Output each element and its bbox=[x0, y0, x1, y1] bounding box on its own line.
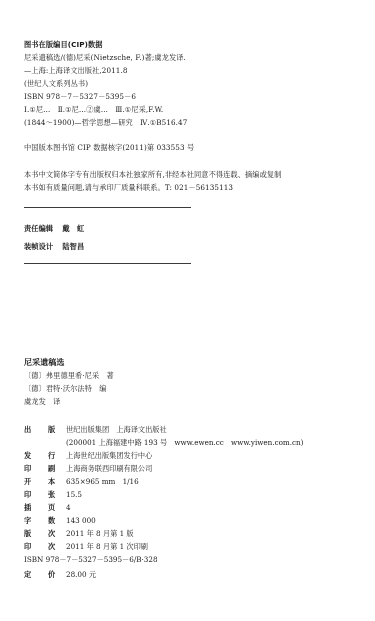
pub-row: 发行上海世纪出版集团发行中心 bbox=[24, 451, 152, 460]
credit-author: 〔德〕弗里德里希·尼采 著 bbox=[24, 371, 114, 380]
divider bbox=[24, 263, 191, 264]
book-title: 尼采遗稿选 bbox=[24, 358, 65, 367]
pub-row: 印张15.5 bbox=[24, 490, 82, 499]
cip-line: (世纪人文系列丛书) bbox=[24, 79, 88, 88]
pub-row: 印次2011 年 8 月第 1 次印刷 bbox=[24, 542, 148, 551]
quality-notice: 本书如有质量问题,请与承印厂质量科联系。T: 021－56135113 bbox=[24, 183, 233, 192]
pub-value: 上海世纪出版集团发行中心 bbox=[66, 451, 152, 460]
pub-value: 上海商务联西印刷有限公司 bbox=[66, 464, 152, 473]
copyright-notice: 本书中文简体字专有出版权归本社独家所有,非经本社同意不得连载、摘编或复制 bbox=[24, 170, 281, 179]
price-value: 28.00 元 bbox=[66, 570, 96, 579]
pub-row: 插页4 bbox=[24, 503, 71, 512]
pub-value: 2011 年 8 月第 1 版 bbox=[66, 529, 134, 538]
cip-line: ISBN 978－7－5327－5395－6 bbox=[24, 92, 136, 101]
pub-row: 印刷上海商务联西印刷有限公司 bbox=[24, 464, 152, 473]
staff-role: 装帧设计 bbox=[24, 242, 60, 251]
isbn-full: ISBN 978－7－5327－5395－6/B·328 bbox=[24, 555, 158, 564]
pub-value: 143 000 bbox=[66, 516, 96, 525]
credit-editor: 〔德〕君特·沃尔法特 编 bbox=[24, 384, 107, 393]
pub-row: 字数143 000 bbox=[24, 516, 96, 525]
staff-name: 戴 虹 bbox=[62, 224, 84, 233]
cip-line: (1844～1900)—哲学思想—研究 Ⅳ.①B516.47 bbox=[24, 118, 187, 127]
staff-name: 陆智昌 bbox=[62, 242, 84, 251]
cip-line: 尼采遗稿选/(德)尼采(Nietzsche, F.)著;虞龙发译. bbox=[24, 53, 186, 62]
pub-row: (200001 上海福建中路 193 号 www.ewen.cc www.yiw… bbox=[24, 438, 304, 447]
pub-address: (200001 上海福建中路 193 号 www.ewen.cc www.yiw… bbox=[66, 438, 304, 447]
cip-heading: 图书在版编目(CIP)数据 bbox=[24, 40, 103, 49]
staff-row-editor: 责任编辑 戴 虹 bbox=[24, 224, 84, 233]
copyright-page: 图书在版编目(CIP)数据 尼采遗稿选/(德)尼采(Nietzsche, F.)… bbox=[0, 0, 375, 621]
credit-translator: 虞龙发 译 bbox=[24, 397, 60, 406]
staff-row-designer: 装帧设计 陆智昌 bbox=[24, 242, 84, 251]
divider bbox=[24, 207, 191, 208]
pub-value: 2011 年 8 月第 1 次印刷 bbox=[66, 542, 148, 551]
price-row: 定价28.00 元 bbox=[24, 570, 96, 579]
cip-line: Ⅰ.①尼… Ⅱ.①尼…②虞… Ⅲ.①尼采,F.W. bbox=[24, 105, 163, 114]
pub-row: 出版世纪出版集团 上海译文出版社 bbox=[24, 425, 167, 434]
pub-value: 世纪出版集团 上海译文出版社 bbox=[66, 425, 167, 434]
pub-value: 15.5 bbox=[66, 490, 82, 499]
cip-line: —上海:上海译文出版社,2011.8 bbox=[24, 66, 128, 75]
pub-value: 4 bbox=[66, 503, 71, 512]
pub-row: 版次2011 年 8 月第 1 版 bbox=[24, 529, 134, 538]
pub-row: 开本635×965 mm 1/16 bbox=[24, 477, 139, 486]
cip-core-number: 中国版本图书馆 CIP 数据核字(2011)第 033553 号 bbox=[24, 143, 194, 152]
staff-role: 责任编辑 bbox=[24, 224, 60, 233]
pub-value: 635×965 mm 1/16 bbox=[66, 477, 139, 486]
